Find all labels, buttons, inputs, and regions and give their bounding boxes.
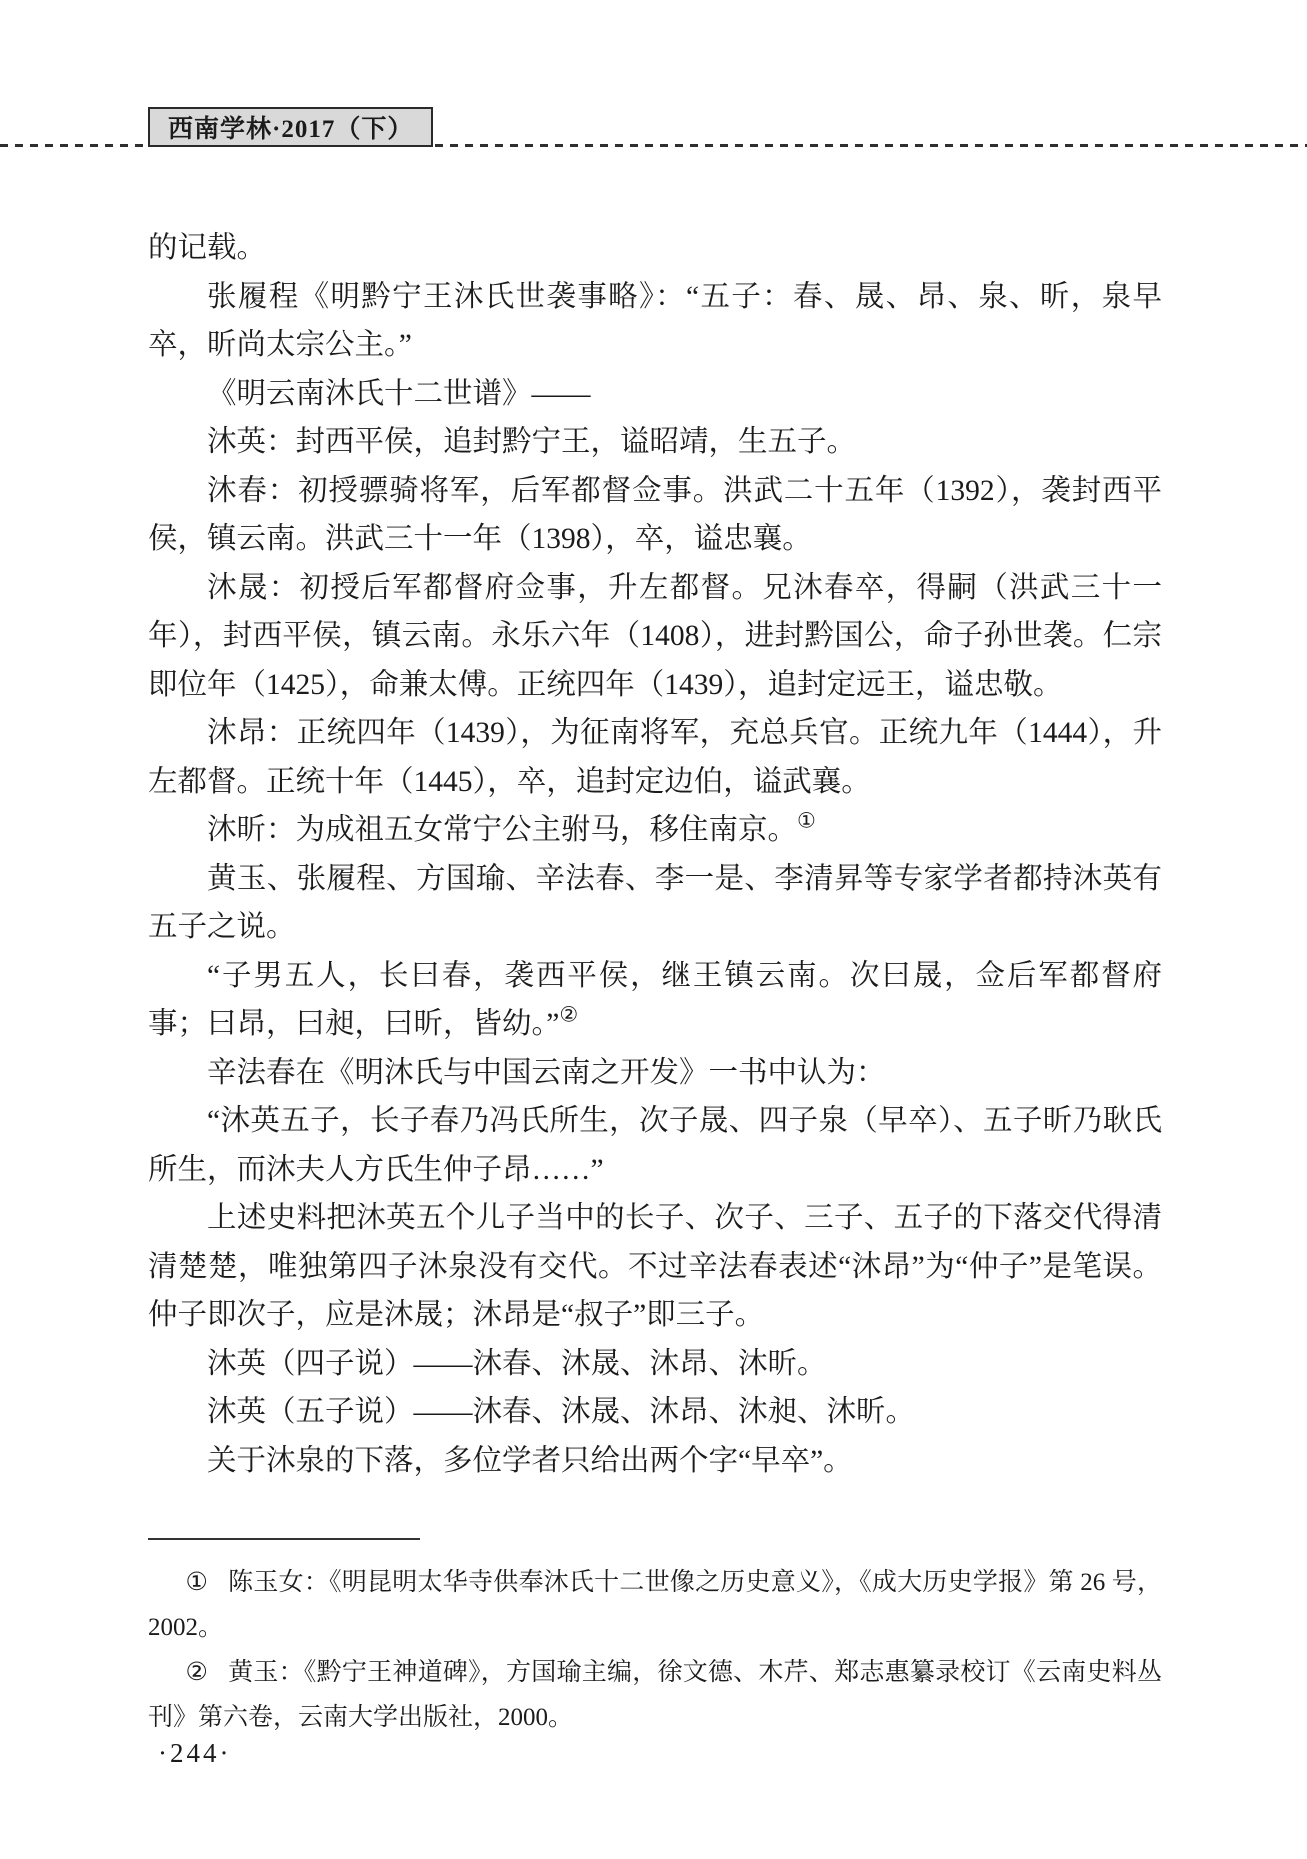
paragraph-text: 沐英（五子说）——沐春、沐晟、沐昂、沐昶、沐昕。 (207, 1396, 915, 1428)
footnote: ①陈玉女：《明昆明太华寺供奉沐氏十二世像之历史意义》，《成大历史学报》第 26 … (148, 1560, 1162, 1650)
footnote: ②黄玉：《黔宁王神道碑》，方国瑜主编，徐文德、木芹、郑志惠纂录校订《云南史料丛刊… (148, 1650, 1162, 1740)
paragraph-text: 沐英（四子说）——沐春、沐晟、沐昂、沐昕。 (207, 1348, 827, 1380)
paragraph-text: 沐晟：初授后军都督府佥事，升左都督。兄沐春卒，得嗣（洪武三十一年），封西平侯，镇… (148, 572, 1162, 701)
paragraph-text: 沐英：封西平侯，追封黔宁王，谥昭靖，生五子。 (207, 426, 856, 458)
paragraph-text: “沐英五子，长子春乃冯氏所生，次子晟、四子泉（早卒）、五子昕乃耿氏所生，而沐夫人… (148, 1105, 1162, 1186)
footnote-text: 陈玉女：《明昆明太华寺供奉沐氏十二世像之历史意义》，《成大历史学报》第 26 号… (148, 1569, 1162, 1641)
footnote-marker: ② (186, 1659, 229, 1686)
paragraph: 的记载。 (148, 224, 1162, 273)
paragraph: 沐昂：正统四年（1439），为征南将军，充总兵官。正统九年（1444），升左都督… (148, 709, 1162, 806)
footnote-marker: ① (186, 1569, 229, 1596)
footnote-reference: ② (559, 1002, 578, 1026)
footnote-separator-rule (148, 1538, 420, 1540)
paragraph: 沐昕：为成祖五女常宁公主驸马，移住南京。① (148, 806, 1162, 855)
paragraph-text: 沐昕：为成祖五女常宁公主驸马，移住南京。 (207, 814, 797, 846)
paragraph: 辛法春在《明沐氏与中国云南之开发》一书中认为： (148, 1049, 1162, 1098)
footnotes: ①陈玉女：《明昆明太华寺供奉沐氏十二世像之历史意义》，《成大历史学报》第 26 … (148, 1560, 1162, 1740)
paragraph: 沐英（五子说）——沐春、沐晟、沐昂、沐昶、沐昕。 (148, 1388, 1162, 1437)
footnote-text: 黄玉：《黔宁王神道碑》，方国瑜主编，徐文德、木芹、郑志惠纂录校订《云南史料丛刊》… (148, 1659, 1162, 1731)
paragraph: 沐英：封西平侯，追封黔宁王，谥昭靖，生五子。 (148, 418, 1162, 467)
book-page: 西南学林·2017（下） 的记载。张履程《明黔宁王沐氏世袭事略》：“五子：春、晟… (0, 0, 1307, 1859)
page-number: ·244· (158, 1738, 231, 1769)
paragraph: 上述史料把沐英五个儿子当中的长子、次子、三子、五子的下落交代得清清楚楚，唯独第四… (148, 1194, 1162, 1340)
paragraph-text: 关于沐泉的下落，多位学者只给出两个字“早卒”。 (207, 1445, 853, 1477)
paragraph: 沐春：初授骠骑将军，后军都督佥事。洪武二十五年（1392），袭封西平侯，镇云南。… (148, 467, 1162, 564)
journal-title: 西南学林·2017（下） (168, 109, 413, 145)
paragraph-text: 张履程《明黔宁王沐氏世袭事略》：“五子：春、晟、昂、泉、昕，泉早卒，昕尚太宗公主… (148, 281, 1162, 362)
paragraph-text: 沐昂：正统四年（1439），为征南将军，充总兵官。正统九年（1444），升左都督… (148, 717, 1162, 798)
paragraph-text: 《明云南沐氏十二世谱》—— (207, 378, 591, 410)
paragraph-text: 的记载。 (148, 232, 266, 264)
paragraph-text: 上述史料把沐英五个儿子当中的长子、次子、三子、五子的下落交代得清清楚楚，唯独第四… (148, 1202, 1162, 1331)
paragraph: 沐英（四子说）——沐春、沐晟、沐昂、沐昕。 (148, 1340, 1162, 1389)
paragraph: 黄玉、张履程、方国瑜、辛法春、李一是、李清昇等专家学者都持沐英有五子之说。 (148, 855, 1162, 952)
paragraph: 《明云南沐氏十二世谱》—— (148, 370, 1162, 419)
paragraph: “沐英五子，长子春乃冯氏所生，次子晟、四子泉（早卒）、五子昕乃耿氏所生，而沐夫人… (148, 1097, 1162, 1194)
running-header-box: 西南学林·2017（下） (148, 107, 433, 147)
paragraph-text: 黄玉、张履程、方国瑜、辛法春、李一是、李清昇等专家学者都持沐英有五子之说。 (148, 863, 1162, 944)
footnote-reference: ① (797, 808, 816, 832)
paragraph-text: 沐春：初授骠骑将军，后军都督佥事。洪武二十五年（1392），袭封西平侯，镇云南。… (148, 475, 1162, 556)
paragraph: 张履程《明黔宁王沐氏世袭事略》：“五子：春、晟、昂、泉、昕，泉早卒，昕尚太宗公主… (148, 273, 1162, 370)
article-body: 的记载。张履程《明黔宁王沐氏世袭事略》：“五子：春、晟、昂、泉、昕，泉早卒，昕尚… (148, 224, 1162, 1485)
paragraph-text: “子男五人，长曰春，袭西平侯，继王镇云南。次曰晟，佥后军都督府事；曰昂，曰昶，曰… (148, 960, 1162, 1041)
paragraph: “子男五人，长曰春，袭西平侯，继王镇云南。次曰晟，佥后军都督府事；曰昂，曰昶，曰… (148, 952, 1162, 1049)
paragraph-text: 辛法春在《明沐氏与中国云南之开发》一书中认为： (207, 1057, 886, 1089)
paragraph: 关于沐泉的下落，多位学者只给出两个字“早卒”。 (148, 1437, 1162, 1486)
paragraph: 沐晟：初授后军都督府佥事，升左都督。兄沐春卒，得嗣（洪武三十一年），封西平侯，镇… (148, 564, 1162, 710)
